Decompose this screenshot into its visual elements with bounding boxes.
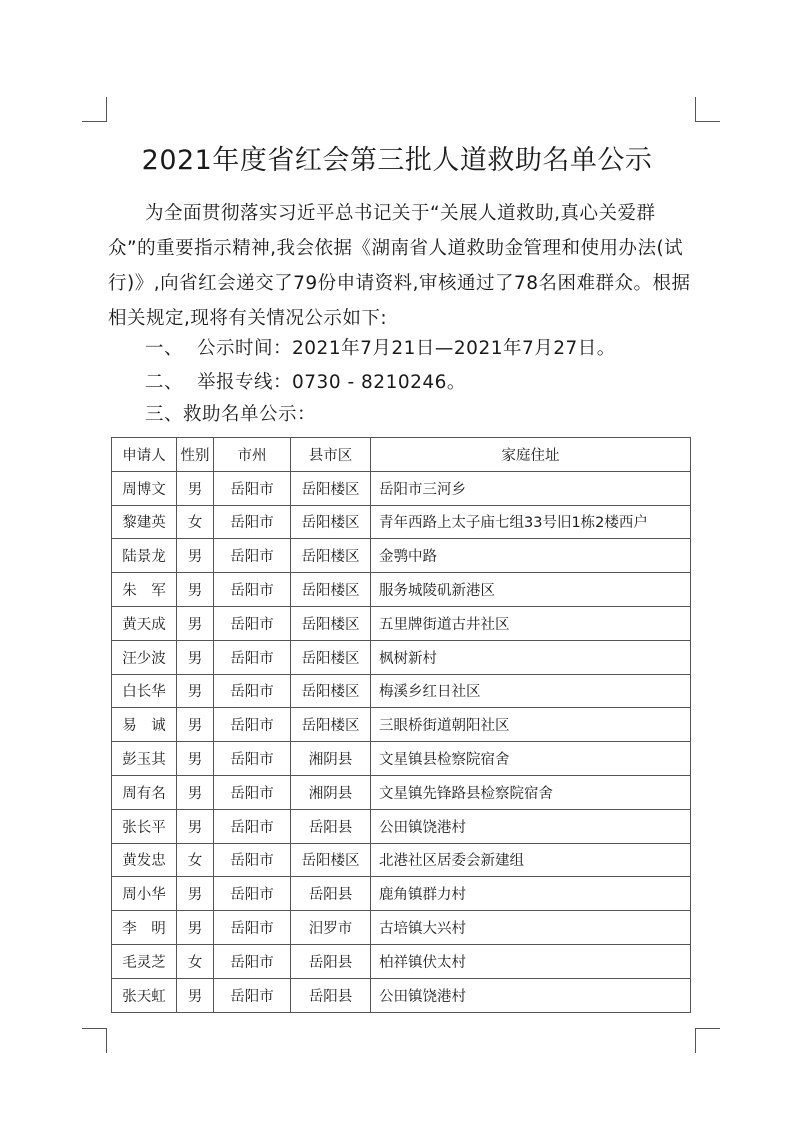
table-row: 张天虹男岳阳市岳阳县公田镇饶港村: [112, 978, 691, 1012]
cell-address: 梅溪乡红日社区: [371, 674, 691, 708]
cell-county: 岳阳楼区: [291, 539, 371, 573]
cell-city: 岳阳市: [214, 944, 291, 978]
cell-address: 文星镇县检察院宿舍: [371, 742, 691, 776]
cell-applicant: 黎建英: [112, 505, 177, 539]
cell-county: 岳阳楼区: [291, 505, 371, 539]
table-row: 李 明男岳阳市汨罗市古培镇大兴村: [112, 911, 691, 945]
table-row: 陆景龙男岳阳市岳阳楼区金鹗中路: [112, 539, 691, 573]
table-row: 周博文男岳阳市岳阳楼区岳阳市三河乡: [112, 471, 691, 505]
cell-address: 鹿角镇群力村: [371, 877, 691, 911]
cell-city: 岳阳市: [214, 708, 291, 742]
header-gender: 性别: [177, 438, 214, 472]
cell-city: 岳阳市: [214, 742, 291, 776]
cell-gender: 男: [177, 978, 214, 1012]
cell-address: 金鹗中路: [371, 539, 691, 573]
cell-county: 岳阳楼区: [291, 674, 371, 708]
cell-address: 服务城陵矶新港区: [371, 573, 691, 607]
cell-county: 岳阳县: [291, 809, 371, 843]
cell-applicant: 毛灵芝: [112, 944, 177, 978]
cell-address: 公田镇饶港村: [371, 809, 691, 843]
cell-applicant: 李 明: [112, 911, 177, 945]
cell-city: 岳阳市: [214, 809, 291, 843]
intro-paragraph: 为全面贯彻落实习近平总书记关于“关展人道救助,真心关爱群众”的重要指示精神,我会…: [108, 196, 698, 336]
item-number: 二、: [145, 368, 183, 394]
cell-gender: 男: [177, 742, 214, 776]
item-hotline: 二、举报专线：0730 - 8210246。: [145, 368, 466, 394]
cell-address: 公田镇饶港村: [371, 978, 691, 1012]
cell-address: 枫树新村: [371, 640, 691, 674]
cell-applicant: 黄发忠: [112, 843, 177, 877]
header-city: 市州: [214, 438, 291, 472]
cell-gender: 男: [177, 640, 214, 674]
cell-city: 岳阳市: [214, 775, 291, 809]
item-text: 公示时间：2021年7月21日—2021年7月27日。: [197, 338, 616, 359]
cell-applicant: 周有名: [112, 775, 177, 809]
cell-applicant: 张长平: [112, 809, 177, 843]
cell-gender: 男: [177, 471, 214, 505]
cell-gender: 男: [177, 911, 214, 945]
cell-gender: 女: [177, 505, 214, 539]
header-address: 家庭住址: [371, 438, 691, 472]
cell-gender: 男: [177, 809, 214, 843]
table-header-row: 申请人 性别 市州 县市区 家庭住址: [112, 438, 691, 472]
cell-county: 岳阳县: [291, 877, 371, 911]
document-title: 2021年度省红会第三批人道救助名单公示: [0, 138, 794, 177]
crop-mark-top-left: [82, 97, 107, 122]
cell-gender: 男: [177, 877, 214, 911]
item-number: 三、: [145, 400, 183, 426]
cell-applicant: 周博文: [112, 471, 177, 505]
item-number: 一、: [145, 334, 183, 360]
cell-county: 湘阴县: [291, 775, 371, 809]
item-text: 救助名单公示：: [183, 404, 316, 425]
cell-gender: 女: [177, 843, 214, 877]
cell-county: 岳阳楼区: [291, 573, 371, 607]
table-row: 毛灵芝女岳阳市岳阳县柏祥镇伏太村: [112, 944, 691, 978]
cell-address: 古培镇大兴村: [371, 911, 691, 945]
item-publicity-period: 一、公示时间：2021年7月21日—2021年7月27日。: [145, 334, 616, 360]
cell-applicant: 陆景龙: [112, 539, 177, 573]
cell-county: 岳阳县: [291, 978, 371, 1012]
cell-applicant: 朱 军: [112, 573, 177, 607]
cell-gender: 男: [177, 606, 214, 640]
crop-mark-bottom-right: [695, 1028, 720, 1053]
table-row: 白长华男岳阳市岳阳楼区梅溪乡红日社区: [112, 674, 691, 708]
cell-address: 柏祥镇伏太村: [371, 944, 691, 978]
crop-mark-bottom-left: [82, 1028, 107, 1053]
cell-address: 五里牌街道古井社区: [371, 606, 691, 640]
aid-recipient-table: 申请人 性别 市州 县市区 家庭住址 周博文男岳阳市岳阳楼区岳阳市三河乡黎建英女…: [111, 437, 691, 1013]
cell-county: 岳阳县: [291, 944, 371, 978]
cell-city: 岳阳市: [214, 539, 291, 573]
cell-city: 岳阳市: [214, 911, 291, 945]
crop-mark-top-right: [695, 97, 720, 122]
table-row: 汪少波男岳阳市岳阳楼区枫树新村: [112, 640, 691, 674]
cell-city: 岳阳市: [214, 978, 291, 1012]
header-county: 县市区: [291, 438, 371, 472]
table-row: 黎建英女岳阳市岳阳楼区青年西路上太子庙七组33号旧1栋2楼西户: [112, 505, 691, 539]
cell-city: 岳阳市: [214, 877, 291, 911]
cell-applicant: 易 诚: [112, 708, 177, 742]
cell-address: 三眼桥街道朝阳社区: [371, 708, 691, 742]
header-applicant: 申请人: [112, 438, 177, 472]
cell-city: 岳阳市: [214, 471, 291, 505]
table-row: 黄发忠女岳阳市岳阳楼区北港社区居委会新建组: [112, 843, 691, 877]
cell-applicant: 彭玉其: [112, 742, 177, 776]
cell-city: 岳阳市: [214, 843, 291, 877]
table-row: 易 诚男岳阳市岳阳楼区三眼桥街道朝阳社区: [112, 708, 691, 742]
cell-applicant: 黄天成: [112, 606, 177, 640]
cell-gender: 女: [177, 944, 214, 978]
cell-gender: 男: [177, 775, 214, 809]
cell-gender: 男: [177, 674, 214, 708]
table-row: 朱 军男岳阳市岳阳楼区服务城陵矶新港区: [112, 573, 691, 607]
table-row: 张长平男岳阳市岳阳县公田镇饶港村: [112, 809, 691, 843]
cell-gender: 男: [177, 708, 214, 742]
cell-county: 湘阴县: [291, 742, 371, 776]
table-row: 周小华男岳阳市岳阳县鹿角镇群力村: [112, 877, 691, 911]
cell-county: 汨罗市: [291, 911, 371, 945]
cell-address: 北港社区居委会新建组: [371, 843, 691, 877]
cell-address: 青年西路上太子庙七组33号旧1栋2楼西户: [371, 505, 691, 539]
table-row: 彭玉其男岳阳市湘阴县文星镇县检察院宿舍: [112, 742, 691, 776]
cell-city: 岳阳市: [214, 573, 291, 607]
item-text: 举报专线：0730 - 8210246。: [197, 372, 466, 393]
cell-applicant: 白长华: [112, 674, 177, 708]
cell-county: 岳阳楼区: [291, 471, 371, 505]
cell-county: 岳阳楼区: [291, 640, 371, 674]
table-row: 周有名男岳阳市湘阴县文星镇先锋路县检察院宿舍: [112, 775, 691, 809]
cell-address: 文星镇先锋路县检察院宿舍: [371, 775, 691, 809]
table-row: 黄天成男岳阳市岳阳楼区五里牌街道古井社区: [112, 606, 691, 640]
cell-gender: 男: [177, 539, 214, 573]
cell-applicant: 汪少波: [112, 640, 177, 674]
cell-applicant: 张天虹: [112, 978, 177, 1012]
cell-city: 岳阳市: [214, 505, 291, 539]
cell-city: 岳阳市: [214, 606, 291, 640]
cell-gender: 男: [177, 573, 214, 607]
cell-county: 岳阳楼区: [291, 606, 371, 640]
item-list-heading: 三、救助名单公示：: [145, 400, 316, 426]
cell-city: 岳阳市: [214, 640, 291, 674]
cell-county: 岳阳楼区: [291, 843, 371, 877]
cell-city: 岳阳市: [214, 674, 291, 708]
cell-address: 岳阳市三河乡: [371, 471, 691, 505]
cell-county: 岳阳楼区: [291, 708, 371, 742]
cell-applicant: 周小华: [112, 877, 177, 911]
